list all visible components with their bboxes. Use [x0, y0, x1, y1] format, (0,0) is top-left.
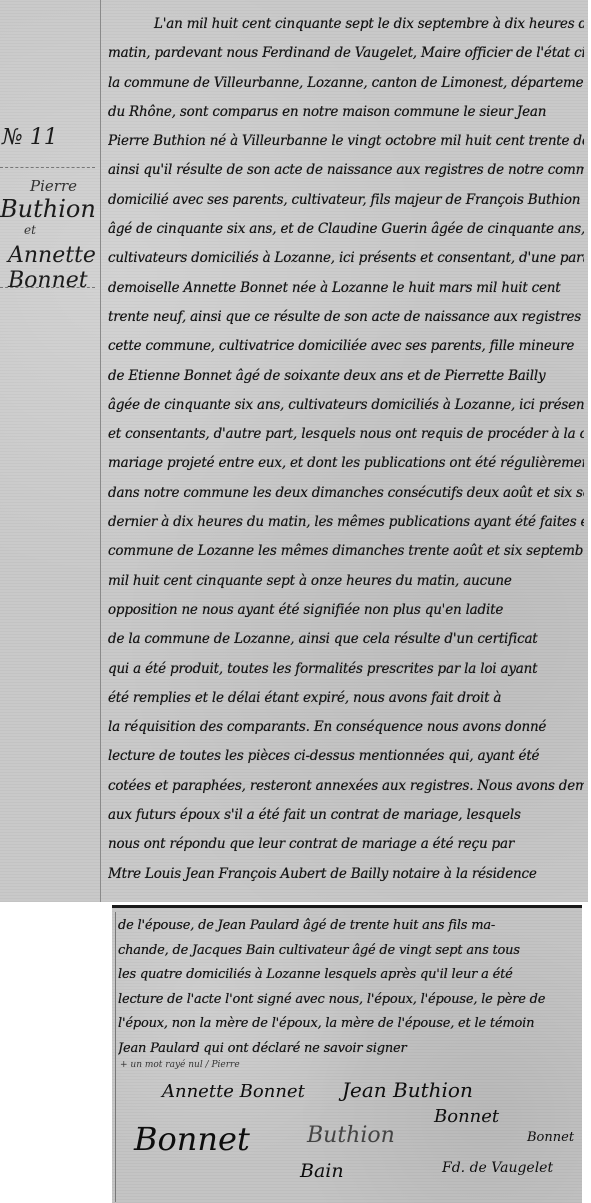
record-number: № 11 — [2, 125, 58, 150]
text-line: mariage projeté entre eux, et dont les p… — [108, 449, 584, 478]
text-line: L'an mil huit cent cinquante sept le dix… — [108, 10, 584, 39]
text-line: aux futurs époux s'il a été fait un cont… — [108, 801, 584, 830]
text-line: Mtre Louis Jean François Aubert de Baill… — [108, 860, 584, 889]
text-line: dernier à dix heures du matin, les mêmes… — [108, 508, 584, 537]
text-line: matin, pardevant nous Ferdinand de Vauge… — [108, 39, 584, 68]
margin-name-groom: Buthion — [0, 195, 96, 223]
continuation-body: de l'épouse, de Jean Paulard âgé de tren… — [118, 914, 578, 1061]
text-line: de l'épouse, de Jean Paulard âgé de tren… — [118, 914, 578, 939]
margin-name-and: et — [24, 223, 36, 237]
record-body: L'an mil huit cent cinquante sept le dix… — [108, 10, 584, 889]
text-line: domicilié avec ses parents, cultivateur,… — [108, 186, 584, 215]
margin-divider — [0, 167, 95, 168]
register-page-scan: № 11 Pierre Buthion et Annette Bonnet L'… — [0, 0, 588, 902]
text-line: mil huit cent cinquante sept à onze heur… — [108, 567, 584, 596]
margin-divider — [0, 287, 95, 288]
text-line: opposition ne nous ayant été signifiée n… — [108, 596, 584, 625]
text-line: commune de Lozanne les mêmes dimanches t… — [108, 537, 584, 566]
signature-bonnet-2: Bonnet — [434, 1106, 499, 1127]
text-line: demoiselle Annette Bonnet née à Lozanne … — [108, 274, 584, 303]
signature-bonnet-1: Bonnet — [134, 1120, 250, 1158]
margin-rule — [115, 912, 116, 1202]
text-line: les quatre domiciliés à Lozanne lesquels… — [118, 963, 578, 988]
text-line: l'époux, non la mère de l'époux, la mère… — [118, 1012, 578, 1037]
text-line: la réquisition des comparants. En conséq… — [108, 713, 584, 742]
margin-name-first: Pierre — [30, 177, 77, 195]
text-line: de la commune de Lozanne, ainsi que cela… — [108, 625, 584, 654]
signature-groom: Jean Buthion — [342, 1078, 473, 1102]
signature-bride: Annette Bonnet — [162, 1081, 305, 1102]
margin-rule — [100, 0, 101, 902]
text-line: été remplies et le délai étant expiré, n… — [108, 684, 584, 713]
text-line: lecture de l'acte l'ont signé avec nous,… — [118, 988, 578, 1013]
text-line: cette commune, cultivatrice domiciliée a… — [108, 332, 584, 361]
text-line: Jean Paulard qui ont déclaré ne savoir s… — [118, 1037, 578, 1062]
text-line: chande, de Jacques Bain cultivateur âgé … — [118, 939, 578, 964]
text-line: cultivateurs domiciliés à Lozanne, ici p… — [108, 244, 584, 273]
text-line: qui a été produit, toutes les formalités… — [108, 655, 584, 684]
continuation-page-scan: de l'épouse, de Jean Paulard âgé de tren… — [112, 905, 582, 1203]
text-line: et consentants, d'autre part, lesquels n… — [108, 420, 584, 449]
text-line: nous ont répondu que leur contrat de mar… — [108, 830, 584, 859]
signature-bain: Bain — [300, 1160, 344, 1182]
text-line: trente neuf, ainsi que ce résulte de son… — [108, 303, 584, 332]
text-line: cotées et paraphées, resteront annexées … — [108, 772, 584, 801]
margin-name-bride: Annette Bonnet — [8, 243, 100, 293]
text-line: Pierre Buthion né à Villeurbanne le ving… — [108, 127, 584, 156]
text-line: âgé de cinquante six ans, et de Claudine… — [108, 215, 584, 244]
text-line: la commune de Villeurbanne, Lozanne, can… — [108, 69, 584, 98]
text-line: ainsi qu'il résulte de son acte de naiss… — [108, 156, 584, 185]
text-line: dans notre commune les deux dimanches co… — [108, 479, 584, 508]
text-line: âgée de cinquante six ans, cultivateurs … — [108, 391, 584, 420]
text-line: de Etienne Bonnet âgé de soixante deux a… — [108, 362, 584, 391]
marginal-note: + un mot rayé nul / Pierre — [120, 1060, 240, 1070]
signature-mayor: Fd. de Vaugelet — [442, 1160, 553, 1176]
text-line: lecture de toutes les pièces ci-dessus m… — [108, 742, 584, 771]
signature-bonnet-3: Bonnet — [527, 1130, 574, 1145]
text-line: du Rhône, sont comparus en notre maison … — [108, 98, 584, 127]
signature-buthion-father: Buthion — [307, 1123, 395, 1148]
